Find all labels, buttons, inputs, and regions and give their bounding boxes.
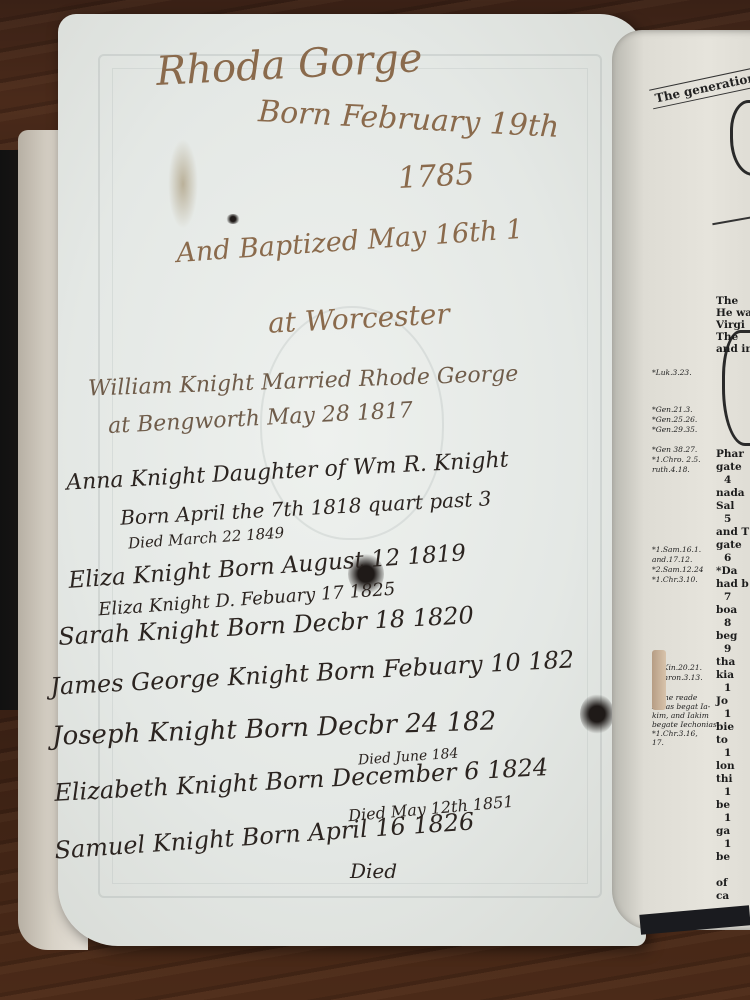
stain [168, 139, 198, 229]
margin-note: and.17.12. [652, 555, 692, 564]
verse-number: 1 [716, 708, 731, 721]
body-text: be [716, 851, 730, 864]
verse-number: 8 [716, 617, 731, 630]
body-text: had b [716, 578, 749, 591]
body-text: thi [716, 773, 732, 786]
body-text: gate [716, 539, 742, 552]
body-text: tha [716, 656, 735, 669]
body-text: Phar [716, 448, 744, 461]
verse-number: 5 [716, 513, 731, 526]
body-text: beg [716, 630, 737, 643]
body-text: be [716, 799, 730, 812]
margin-note: begate Iechonias. [652, 720, 719, 729]
margin-note: *1.Chr.3.10. [652, 575, 698, 584]
ink-spot [226, 214, 240, 224]
body-text: Jo [716, 695, 728, 708]
body-text: boa [716, 604, 737, 617]
bookmark-tab [652, 650, 666, 710]
flyleaf-page: Rhoda Gorge Born February 19th 1785 And … [58, 14, 646, 946]
verse-number: 9 [716, 643, 731, 656]
verse-number: 1 [716, 812, 731, 825]
verse-number: 6 [716, 552, 731, 565]
body-text: and T [716, 526, 749, 539]
body-text: gate [716, 461, 742, 474]
margin-note: 17. [652, 738, 664, 747]
entry-rhoda-year: 1785 [397, 157, 475, 196]
ink-blot [580, 694, 614, 734]
body-text: of [716, 877, 728, 890]
margin-note: *Gen.25.26. [652, 415, 697, 424]
verse-number: 7 [716, 591, 731, 604]
printed-page: The generation *Luk.3.23. *Gen.21.3. *Ge… [612, 30, 750, 930]
margin-note: *2.Sam.12.24 [652, 565, 703, 574]
body-text: ga [716, 825, 730, 838]
body-text: kia [716, 669, 734, 682]
verse-number: 1 [716, 747, 731, 760]
verse-number: 4 [716, 474, 731, 487]
ornament-icon [730, 100, 750, 176]
margin-note: *1.Sam.16.1. [652, 545, 701, 554]
verse-number: 1 [716, 786, 731, 799]
body-text: bie [716, 721, 734, 734]
verse-number: 1 [716, 838, 731, 851]
rule-line [712, 213, 750, 225]
body-text: nada [716, 487, 745, 500]
verse-number: 1 [716, 682, 731, 695]
margin-note: *Luk.3.23. [652, 368, 692, 377]
margin-note: ruth.4.18. [652, 465, 690, 474]
body-text: *Da [716, 565, 737, 578]
body-text: lon [716, 760, 735, 773]
margin-note: *1.Chr.3.16, [652, 729, 698, 738]
body-text: ca [716, 890, 729, 903]
margin-note: *Gen 38.27. [652, 445, 697, 454]
margin-note: *1.Chro. 2.5. [652, 455, 701, 464]
running-head: The generation [649, 67, 750, 110]
body-text: Sal [716, 500, 734, 513]
margin-note: *Gen.21.3. [652, 405, 692, 414]
margin-note: *Gen.29.35. [652, 425, 697, 434]
entry-samuel-died: Died [350, 859, 397, 883]
body-text: to [716, 734, 728, 747]
margin-note: kim, and Iakim [652, 711, 709, 720]
body-text: and in [716, 343, 750, 356]
